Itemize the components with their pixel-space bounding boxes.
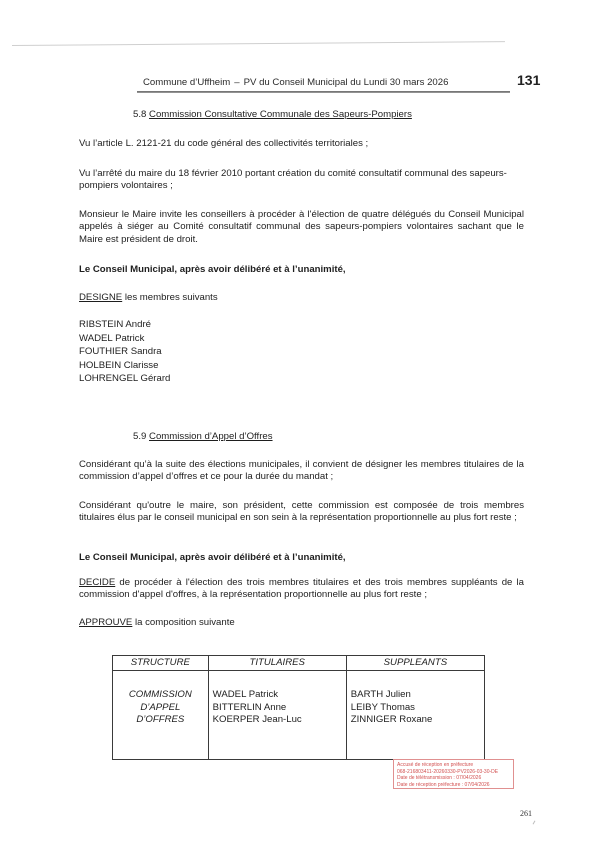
- section-5-9-title: 5.9 Commission d’Appel d’Offres: [133, 431, 273, 443]
- paragraph: Considérant qu'outre le maire, son prési…: [79, 500, 524, 525]
- running-header: Commune d’Uffheim–PV du Conseil Municipa…: [143, 77, 448, 89]
- section-heading: Commission Consultative Communale des Sa…: [149, 109, 412, 120]
- suppleants-cell: BARTH Julien LEIBY Thomas ZINNIGER Roxan…: [346, 671, 484, 760]
- stamp-line: Date de réception préfecture : 07/04/202…: [397, 782, 510, 789]
- designation-line: DESIGNE les membres suivants: [79, 292, 524, 304]
- section-number: 5.9: [133, 431, 146, 442]
- table-row: COMMISSION D’APPEL D’OFFRES WADEL Patric…: [113, 671, 485, 760]
- paragraph: Vu l’arrêté du maire du 18 février 2010 …: [79, 168, 524, 193]
- decide-paragraph: DECIDE de procéder à l'élection des troi…: [79, 577, 524, 602]
- paragraph: Monsieur le Maire invite les conseillers…: [79, 209, 524, 246]
- member-list: RIBSTEIN André WADEL Patrick FOUTHIER Sa…: [79, 318, 170, 386]
- suppleant-name: BARTH Julien: [351, 689, 484, 702]
- prefecture-receipt-stamp: Accusé de réception en préfecture 068-21…: [393, 759, 514, 789]
- stamp-line: Date de télétransmission : 07/04/2026: [397, 775, 510, 782]
- decision-statement: Le Conseil Municipal, après avoir délibé…: [79, 552, 524, 564]
- paragraph: Considérant qu’à la suite des élections …: [79, 459, 524, 484]
- section-number: 5.8: [133, 109, 146, 120]
- header-separator: –: [234, 77, 239, 88]
- scan-mark: [533, 821, 536, 825]
- structure-line: D’APPEL: [113, 702, 208, 715]
- titulaire-name: BITTERLIN Anne: [213, 702, 346, 715]
- scan-top-line: [12, 41, 505, 46]
- structure-line: D’OFFRES: [113, 714, 208, 727]
- verb-rest: la composition suivante: [135, 617, 235, 628]
- verb-approuve: APPROUVE: [79, 617, 132, 628]
- approve-line: APPROUVE la composition suivante: [79, 617, 524, 629]
- list-item: RIBSTEIN André: [79, 318, 170, 332]
- verb-decide: DECIDE: [79, 577, 115, 588]
- verb-rest: les membres suivants: [125, 292, 218, 303]
- stamp-line: 068-216803411-20260330-PV2026-03-30-DE: [397, 769, 510, 776]
- table-header-row: STRUCTURE TITULAIRES SUPPLEANTS: [113, 656, 485, 671]
- decision-statement: Le Conseil Municipal, après avoir délibé…: [79, 264, 524, 276]
- structure-cell: COMMISSION D’APPEL D’OFFRES: [113, 671, 209, 760]
- list-item: LOHRENGEL Gérard: [79, 372, 170, 386]
- paragraph: Vu l’article L. 2121-21 du code général …: [79, 138, 524, 150]
- list-item: FOUTHIER Sandra: [79, 345, 170, 359]
- suppleant-name: ZINNIGER Roxane: [351, 714, 484, 727]
- verb-designe: DESIGNE: [79, 292, 122, 303]
- suppleant-name: LEIBY Thomas: [351, 702, 484, 715]
- header-page-number: 131: [517, 74, 540, 86]
- composition-table: STRUCTURE TITULAIRES SUPPLEANTS COMMISSI…: [112, 655, 485, 760]
- titulaires-cell: WADEL Patrick BITTERLIN Anne KOERPER Jea…: [208, 671, 346, 760]
- column-header-structure: STRUCTURE: [113, 656, 209, 671]
- column-header-suppleants: SUPPLEANTS: [346, 656, 484, 671]
- section-5-8-title: 5.8 Commission Consultative Communale de…: [133, 109, 412, 121]
- titulaire-name: WADEL Patrick: [213, 689, 346, 702]
- header-title: PV du Conseil Municipal du Lundi 30 mars…: [244, 77, 449, 88]
- header-commune: Commune d’Uffheim: [143, 77, 230, 88]
- column-header-titulaires: TITULAIRES: [208, 656, 346, 671]
- list-item: WADEL Patrick: [79, 332, 170, 346]
- titulaire-name: KOERPER Jean-Luc: [213, 714, 346, 727]
- footer-page-number: 261: [520, 808, 532, 820]
- section-heading: Commission d’Appel d’Offres: [149, 431, 273, 442]
- header-rule: [137, 91, 510, 93]
- stamp-line: Accusé de réception en préfecture: [397, 762, 510, 769]
- verb-rest: de procéder à l'élection des trois membr…: [79, 577, 524, 600]
- list-item: HOLBEIN Clarisse: [79, 359, 170, 373]
- structure-line: COMMISSION: [113, 689, 208, 702]
